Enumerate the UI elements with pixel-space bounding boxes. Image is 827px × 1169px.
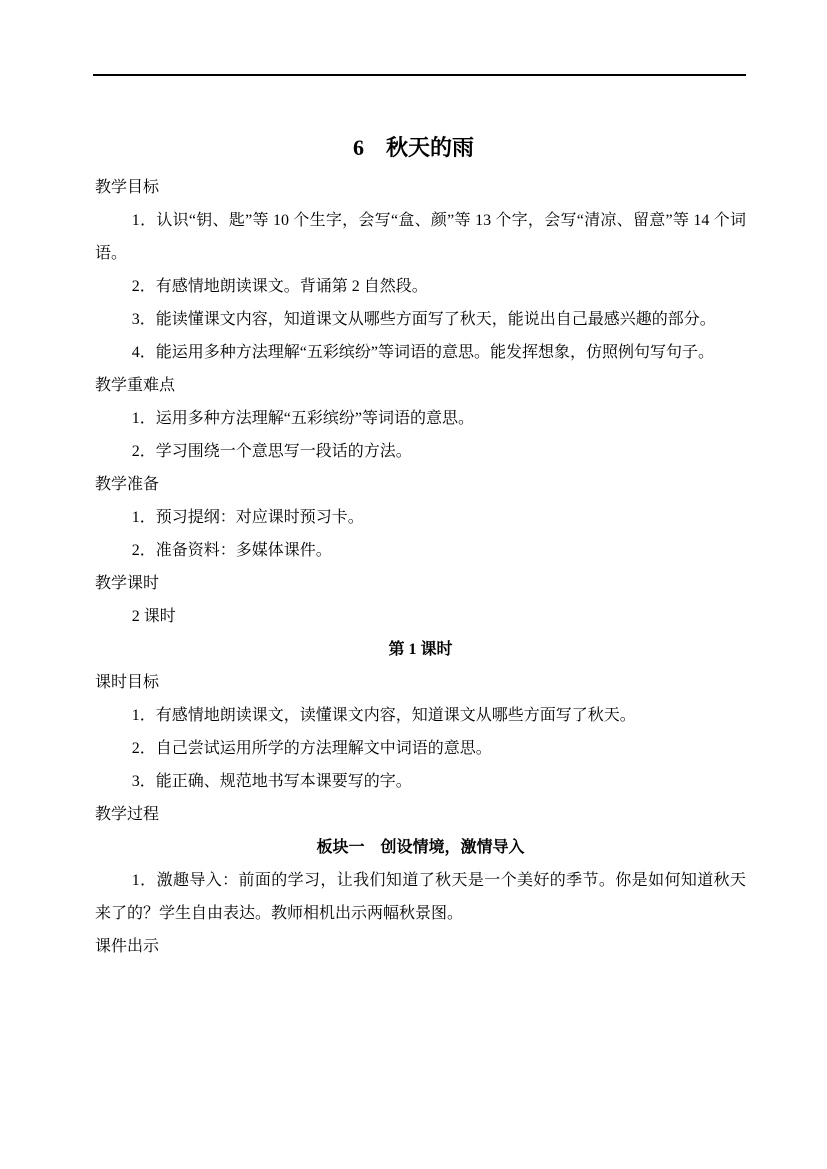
list-item: 2．有感情地朗读课文。背诵第 2 自然段。 xyxy=(95,270,746,303)
list-item: 3．能读懂课文内容，知道课文从哪些方面写了秋天，能说出自己最感兴趣的部分。 xyxy=(95,303,746,336)
section-label: 课时目标 xyxy=(95,666,746,699)
list-item: 1．有感情地朗读课文，读懂课文内容，知道课文从哪些方面写了秋天。 xyxy=(95,699,746,732)
section-label: 教学目标 xyxy=(95,171,746,204)
document-page: 6 秋天的雨 教学目标 1．认识“钥、匙”等 10 个生字，会写“盒、颜”等 1… xyxy=(0,0,827,1169)
section-label: 教学过程 xyxy=(95,798,746,831)
list-item: 1．运用多种方法理解“五彩缤纷”等词语的意思。 xyxy=(95,402,746,435)
section-label: 教学准备 xyxy=(95,468,746,501)
section-label: 教学重难点 xyxy=(95,369,746,402)
document-body: 教学目标 1．认识“钥、匙”等 10 个生字，会写“盒、颜”等 13 个字，会写… xyxy=(0,171,827,963)
list-item: 1．预习提纲：对应课时预习卡。 xyxy=(95,501,746,534)
list-item: 2．学习围绕一个意思写一段话的方法。 xyxy=(95,435,746,468)
centered-heading: 第 1 课时 xyxy=(95,633,746,666)
centered-heading: 板块一 创设情境，激情导入 xyxy=(95,831,746,864)
section-label: 课件出示 xyxy=(95,930,746,963)
list-item: 2．自己尝试运用所学的方法理解文中词语的意思。 xyxy=(95,732,746,765)
document-title: 6 秋天的雨 xyxy=(0,0,827,163)
list-item: 1．认识“钥、匙”等 10 个生字，会写“盒、颜”等 13 个字，会写“清凉、留… xyxy=(95,204,746,270)
list-item: 1．激趣导入：前面的学习，让我们知道了秋天是一个美好的季节。你是如何知道秋天来了… xyxy=(95,864,746,930)
list-item: 2．准备资料：多媒体课件。 xyxy=(95,534,746,567)
list-item: 4．能运用多种方法理解“五彩缤纷”等词语的意思。能发挥想象，仿照例句写句子。 xyxy=(95,336,746,369)
list-item: 3．能正确、规范地书写本课要写的字。 xyxy=(95,765,746,798)
header-separator-rule xyxy=(93,74,746,76)
section-label: 教学课时 xyxy=(95,567,746,600)
list-item: 2 课时 xyxy=(95,600,746,633)
